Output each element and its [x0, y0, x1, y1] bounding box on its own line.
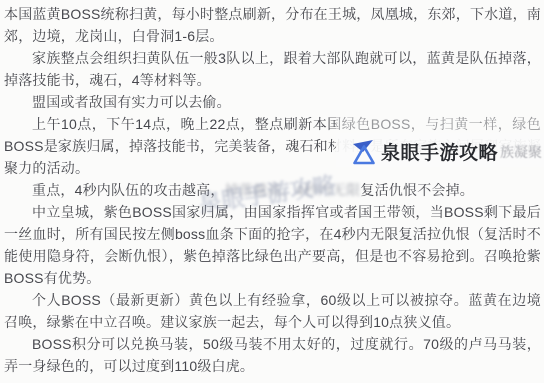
paragraph-key-point: 重点，4秒内队伍的攻击越高，掉落越高。4秒内无限复活仇恨不会掉。 [4, 179, 541, 201]
paragraph-purple-boss: 中立皇城，紫色BOSS国家归属，由国家指挥官或者国王带领，当BOSS剩下最后一丝… [4, 201, 541, 289]
paragraph-boss-overview: 本国蓝黄BOSS统称扫黄，每小时整点刷新，分布在王城，凤凰城，东郊，下水道，南郊… [4, 3, 541, 47]
article-page: 本国蓝黄BOSS统称扫黄，每小时整点刷新，分布在王城，凤凰城，东郊，下水道，南郊… [0, 0, 544, 383]
paragraph-family-teams: 家族整点会组织扫黄队伍一般3队以上，跟着大部队跑就可以，蓝黄是队伍掉落，掉落技能… [4, 47, 541, 91]
text-segment-blurred: 掉落越高。4秒内无限 [225, 182, 361, 198]
text-segment-clear: 重点，4秒内队伍的攻击越高， [32, 182, 225, 198]
brand-double-triangle-logo-icon [352, 139, 376, 165]
obscured-text-fragment: 族凝聚 [500, 142, 542, 162]
game-guide-article: 本国蓝黄BOSS统称扫黄，每小时整点刷新，分布在王城，凤凰城，东郊，下水道，南郊… [0, 0, 544, 377]
paragraph-boss-points: BOSS积分可以兑换马装，50级马装不用太好的，过度就行。70级的卢马马装，弄一… [4, 333, 541, 377]
brand-watermark: 泉眼手游攻略 族凝聚 [352, 138, 542, 165]
paragraph-personal-boss: 个人BOSS（最新更新）黄色以上有经验拿，60级以上可以被掠夺。蓝黄在边境召唤，… [4, 289, 541, 333]
brand-watermark-text: 泉眼手游攻略 [381, 138, 498, 165]
text-segment-clear: 复活仇恨不会掉。 [360, 182, 474, 198]
paragraph-steal: 盟国或者敌国有实力可以去偷。 [4, 91, 541, 113]
